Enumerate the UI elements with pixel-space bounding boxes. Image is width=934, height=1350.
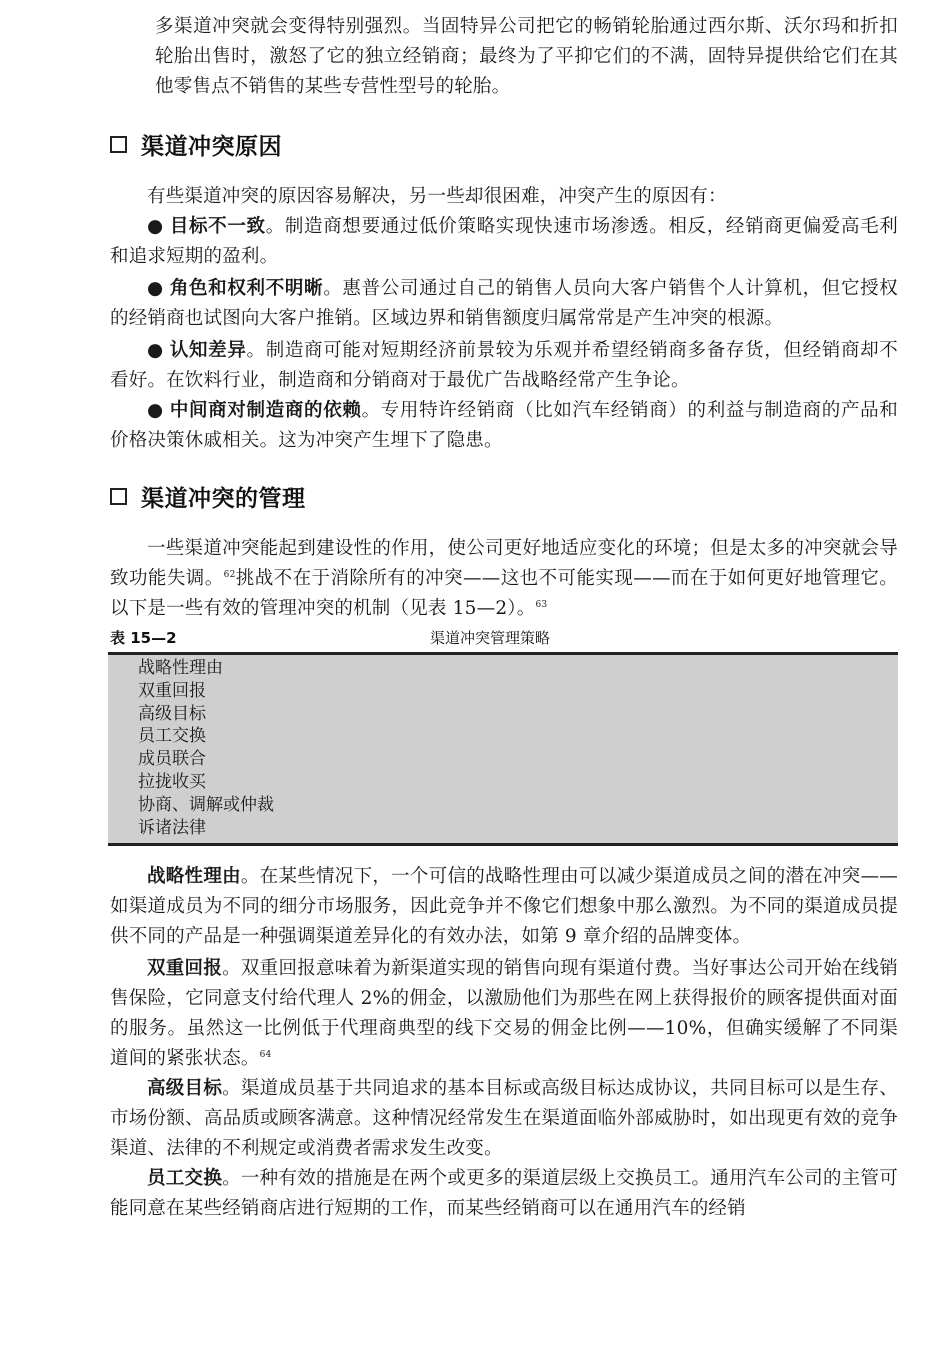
cause-bullet-4: ●中间商对制造商的依赖。专用特许经销商（比如汽车经销商）的利益与制造商的产品和价… [110,396,898,456]
footnote-ref-62: 62 [224,570,236,580]
bullet-icon: ● [147,278,164,299]
table-row: 诉诸法律 [138,817,898,840]
cause-bullet-2: ●角色和权利不明晰。惠普公司通过自己的销售人员向大客户销售个人计算机，但它授权的… [110,274,898,334]
bullet-icon: ● [147,400,164,421]
strategy-paragraph-3: 高级目标。渠道成员基于共同追求的基本目标或高级目标达成协议，共同目标可以是生存、… [110,1074,898,1164]
checkbox-square-icon [110,488,127,505]
table-row: 战略性理由 [138,657,898,680]
cause-lead: 目标不一致 [170,216,266,237]
table-row: 员工交换 [138,725,898,748]
cause-lead: 中间商对制造商的依赖 [170,400,362,421]
table-title: 渠道冲突管理策略 [430,627,550,648]
checkbox-square-icon [110,136,127,153]
strategy-lead: 员工交换 [147,1168,222,1189]
cause-lead: 认知差异 [170,340,247,361]
strategy-paragraph-1: 战略性理由。在某些情况下，一个可信的战略性理由可以减少渠道成员之间的潜在冲突——… [110,862,898,952]
cause-bullet-3: ●认知差异。制造商可能对短期经济前景较为乐观并希望经销商多备存货，但经销商却不看… [110,336,898,396]
bullet-icon: ● [147,340,164,361]
table-row: 成员联合 [138,748,898,771]
section-title-causes: 渠道冲突原因 [141,128,282,161]
causes-intro-text: 有些渠道冲突的原因容易解决，另一些却很困难，冲突产生的原因有： [147,186,727,207]
section-title-management: 渠道冲突的管理 [141,480,306,513]
strategy-lead: 高级目标 [147,1078,222,1099]
table-number: 表 15—2 [110,627,177,648]
strategy-lead: 战略性理由 [147,866,241,887]
footnote-ref-63: 63 [535,600,547,610]
table-row: 双重回报 [138,680,898,703]
cause-bullet-1: ●目标不一致。制造商想要通过低价策略实现快速市场渗透。相反，经销商更偏爱高毛利和… [110,212,898,272]
cause-lead: 角色和权利不明晰 [170,278,323,299]
intro-text: 多渠道冲突就会变得特别强烈。当固特异公司把它的畅销轮胎通过西尔斯、沃尔玛和折扣轮… [155,16,898,97]
intro-paragraph: 多渠道冲突就会变得特别强烈。当固特异公司把它的畅销轮胎通过西尔斯、沃尔玛和折扣轮… [110,12,898,102]
strategy-text: 。双重回报意味着为新渠道实现的销售向现有渠道付费。当好事达公司开始在线销售保险，… [110,958,898,1069]
table-row: 拉拢收买 [138,771,898,794]
section-heading-causes: 渠道冲突原因 [110,124,898,164]
document-page: 多渠道冲突就会变得特别强烈。当固特异公司把它的畅销轮胎通过西尔斯、沃尔玛和折扣轮… [110,0,898,1224]
strategy-table: 战略性理由 双重回报 高级目标 员工交换 成员联合 拉拢收买 协商、调解或仲裁 … [108,652,898,846]
footnote-ref-64: 64 [260,1050,272,1060]
table-row: 协商、调解或仲裁 [138,794,898,817]
management-intro: 一些渠道冲突能起到建设性的作用，使公司更好地适应变化的环境；但是太多的冲突就会导… [110,534,898,624]
strategy-text: 。渠道成员基于共同追求的基本目标或高级目标达成协议，共同目标可以是生存、市场份额… [110,1078,898,1159]
table-row: 高级目标 [138,703,898,726]
table-caption: 表 15—2 渠道冲突管理策略 [110,626,898,648]
bullet-icon: ● [147,216,164,237]
strategy-lead: 双重回报 [147,958,222,979]
section-heading-management: 渠道冲突的管理 [110,476,898,516]
strategy-paragraph-4: 员工交换。一种有效的措施是在两个或更多的渠道层级上交换员工。通用汽车公司的主管可… [110,1164,898,1224]
strategy-paragraph-2: 双重回报。双重回报意味着为新渠道实现的销售向现有渠道付费。当好事达公司开始在线销… [110,954,898,1074]
strategy-text: 。一种有效的措施是在两个或更多的渠道层级上交换员工。通用汽车公司的主管可能同意在… [110,1168,898,1219]
causes-intro: 有些渠道冲突的原因容易解决，另一些却很困难，冲突产生的原因有： [110,182,898,212]
